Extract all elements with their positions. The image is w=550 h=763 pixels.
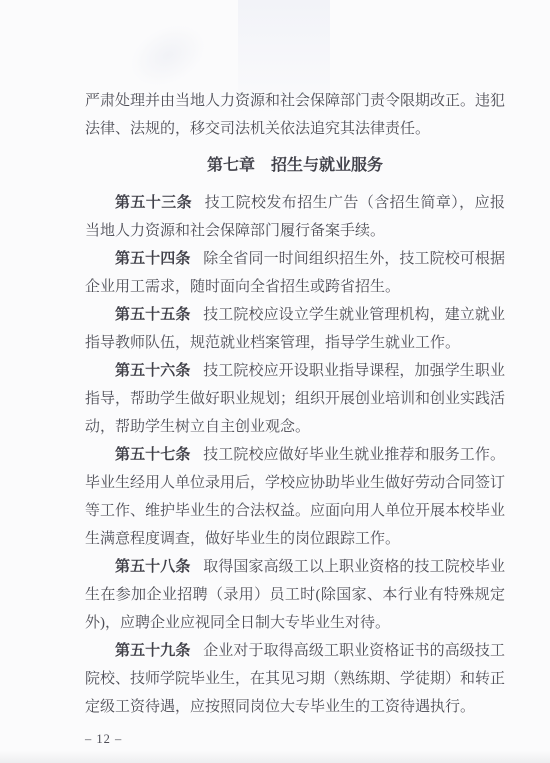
article-number-55: 第五十五条 xyxy=(115,307,203,323)
article-paragraph-56: 第五十六条技工院校应开设职业指导课程，加强学生职业指导，帮助学生做好职业规划；组… xyxy=(85,357,505,441)
article-paragraph-58: 第五十八条取得国家高级工以上职业资格的技工院校毕业生在参加企业招聘（录用）员工时… xyxy=(85,553,505,637)
article-number-53: 第五十三条 xyxy=(115,195,205,211)
chapter-number: 第七章 xyxy=(207,157,255,174)
article-paragraph-57: 第五十七条技工院校应做好毕业生就业推荐和服务工作。毕业生经用人单位录用后，学校应… xyxy=(85,441,505,553)
scan-smudge-artifact xyxy=(120,12,216,98)
scanned-document-page: { "colors": { "paper": "#fbfbfc", "ink":… xyxy=(0,0,550,763)
article-paragraph-55: 第五十五条技工院校应设立学生就业管理机构，建立就业指导教师队伍，规范就业档案管理… xyxy=(85,301,505,357)
chapter-title: 招生与就业服务 xyxy=(271,157,383,174)
article-number-58: 第五十八条 xyxy=(115,559,203,575)
document-body: 严肃处理并由当地人力资源和社会保障部门责令限期改正。违犯法律、法规的，移交司法机… xyxy=(85,87,505,748)
page-number: – 12 – xyxy=(85,730,505,748)
article-number-56: 第五十六条 xyxy=(115,363,203,379)
article-number-59: 第五十九条 xyxy=(115,643,203,659)
article-paragraph-53: 第五十三条技工院校发布招生广告（含招生简章），应报当地人力资源和社会保障部门履行… xyxy=(85,189,505,245)
scan-edge-shadow xyxy=(0,751,550,763)
article-number-54: 第五十四条 xyxy=(115,251,203,267)
article-number-57: 第五十七条 xyxy=(115,447,203,463)
continuation-paragraph: 严肃处理并由当地人力资源和社会保障部门责令限期改正。违犯法律、法规的，移交司法机… xyxy=(85,87,505,143)
article-paragraph-54: 第五十四条除全省同一时间组织招生外，技工院校可根据企业用工需求，随时面向全省招生… xyxy=(85,245,505,301)
chapter-heading: 第七章招生与就业服务 xyxy=(85,152,505,180)
article-paragraph-59: 第五十九条企业对于取得高级工职业资格证书的高级技工院校、技师学院毕业生，在其见习… xyxy=(85,637,505,721)
